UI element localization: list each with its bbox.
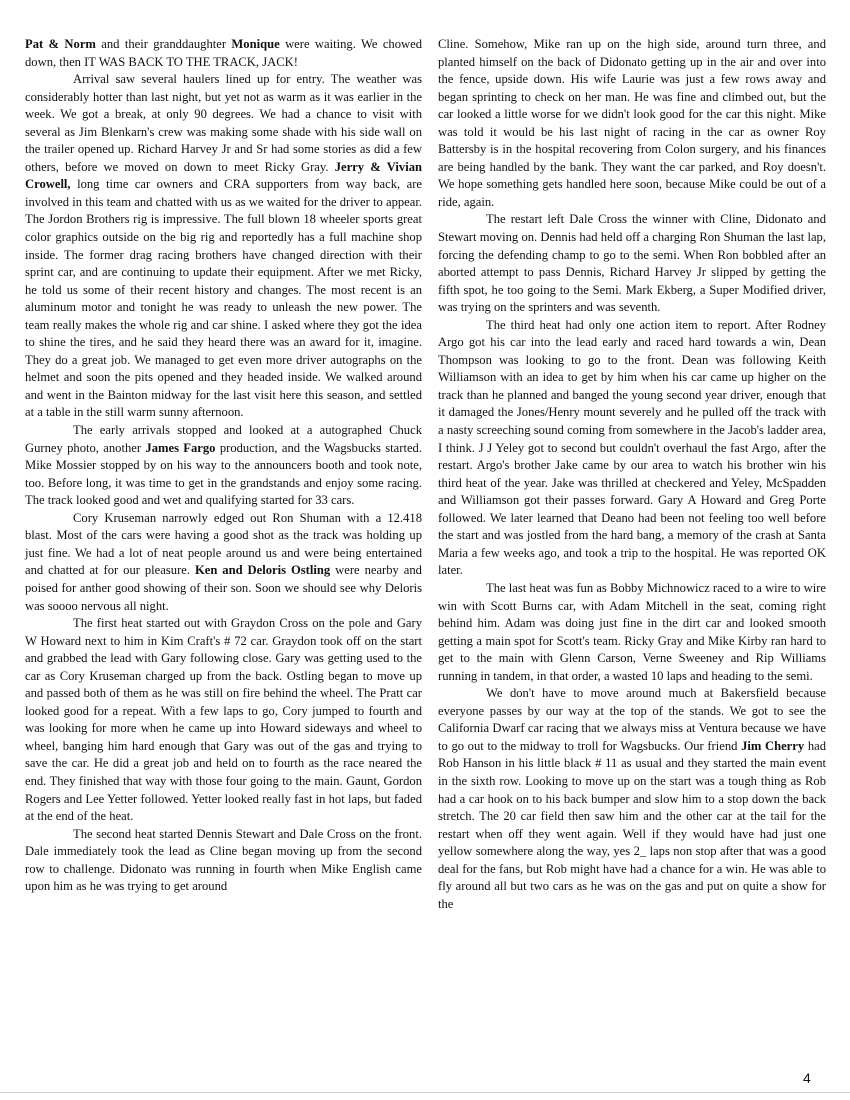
article-paragraph: Arrival saw several haulers lined up for…	[25, 71, 422, 422]
bold-name: Jim Cherry	[741, 739, 804, 753]
paragraph-text: had Rob Hanson in his little black # 11 …	[438, 739, 826, 911]
paragraph-text: The first heat started out with Graydon …	[25, 616, 422, 823]
page-number: 4	[803, 1070, 811, 1086]
bottom-divider	[0, 1092, 850, 1093]
paragraph-text: long time car owners and CRA supporters …	[25, 177, 422, 419]
paragraph-text: Cline. Somehow, Mike ran up on the high …	[438, 37, 826, 209]
article-paragraph: Cline. Somehow, Mike ran up on the high …	[438, 36, 826, 211]
newsletter-page: Pat & Norm and their granddaughter Moniq…	[0, 0, 850, 1100]
article-paragraph: We don't have to move around much at Bak…	[438, 685, 826, 913]
article-paragraph: The early arrivals stopped and looked at…	[25, 422, 422, 510]
paragraph-text: The last heat was fun as Bobby Michnowic…	[438, 581, 826, 683]
bold-name: Pat & Norm	[25, 37, 96, 51]
paragraph-text: The second heat started Dennis Stewart a…	[25, 827, 422, 894]
paragraph-text: Arrival saw several haulers lined up for…	[25, 72, 422, 174]
left-column: Pat & Norm and their granddaughter Moniq…	[25, 36, 422, 896]
paragraph-text: and their granddaughter	[96, 37, 232, 51]
bold-name: James Fargo	[145, 441, 215, 455]
article-paragraph: Pat & Norm and their granddaughter Moniq…	[25, 36, 422, 71]
right-column: Cline. Somehow, Mike ran up on the high …	[438, 36, 826, 913]
paragraph-text: The third heat had only one action item …	[438, 318, 826, 578]
bold-name: Monique	[231, 37, 279, 51]
bold-name: Ken and Deloris Ostling	[195, 563, 330, 577]
article-paragraph: The last heat was fun as Bobby Michnowic…	[438, 580, 826, 685]
article-paragraph: Cory Kruseman narrowly edged out Ron Shu…	[25, 510, 422, 615]
article-paragraph: The restart left Dale Cross the winner w…	[438, 211, 826, 316]
article-paragraph: The first heat started out with Graydon …	[25, 615, 422, 826]
article-paragraph: The third heat had only one action item …	[438, 317, 826, 580]
article-paragraph: The second heat started Dennis Stewart a…	[25, 826, 422, 896]
paragraph-text: The restart left Dale Cross the winner w…	[438, 212, 826, 314]
